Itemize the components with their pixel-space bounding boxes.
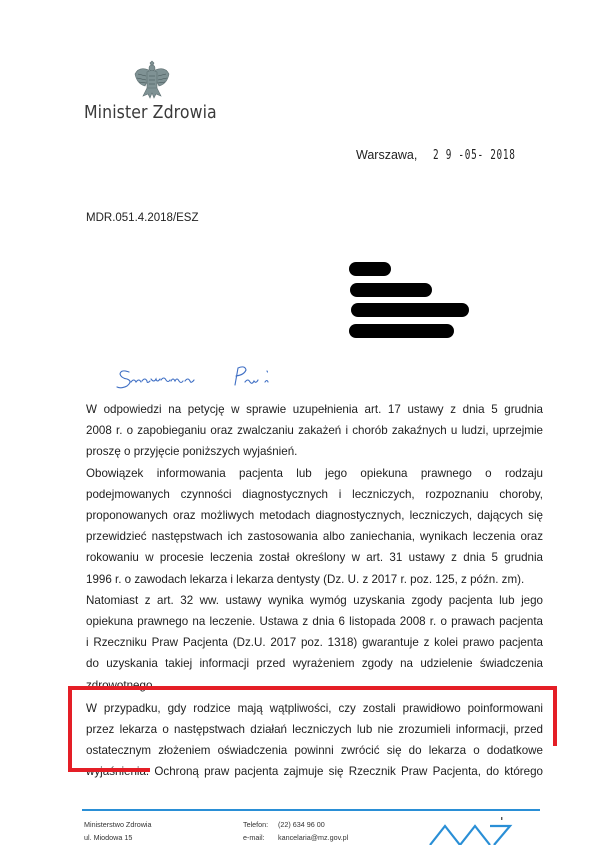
footer-phone-label: Telefon: xyxy=(243,818,268,831)
body-line: przewidzieć następstwach ich zastosowani… xyxy=(86,526,543,547)
highlighted-body-line: wyjaśnienia. Ochroną praw pacjenta zajmu… xyxy=(86,761,543,782)
footer-divider xyxy=(82,809,540,811)
mz-logo-icon xyxy=(428,812,533,845)
body-line: 1996 r. o zawodach lekarza i lekarza den… xyxy=(86,569,543,590)
header-title: Minister Zdrowia xyxy=(84,103,217,123)
footer-org: Ministerstwo Zdrowia xyxy=(84,818,152,831)
body-line: rokowaniu w procesie leczenia został okr… xyxy=(86,547,543,568)
body-line: podejmowanych czynności diagnostycznych … xyxy=(86,484,543,505)
handwritten-salutation: Szanowna Pani xyxy=(115,363,295,393)
dateline-place: Warszawa, xyxy=(356,148,417,162)
body-line: do uzyskania takiej informacji przed wyr… xyxy=(86,653,543,674)
polish-eagle-emblem-icon xyxy=(133,60,171,102)
body-line: opiekuna prawnego na leczenie. Ustawa z … xyxy=(86,611,543,632)
body-line: proponowanych oraz możliwych metodach di… xyxy=(86,505,543,526)
footer-phone: (22) 634 96 00 xyxy=(278,818,325,831)
redaction-bar xyxy=(349,324,454,338)
footer-email-label: e-mail: xyxy=(243,831,265,844)
highlighted-body-line: W przypadku, gdy rodzice mają wątpliwośc… xyxy=(86,698,543,719)
highlighted-body-line: przez lekarza o następstwach działań lec… xyxy=(86,719,543,740)
body-line: Obowiązek informowania pacjenta lub jego… xyxy=(86,463,543,484)
letter-body: W odpowiedzi na petycję w sprawie uzupeł… xyxy=(86,399,543,783)
redaction-bar xyxy=(349,262,391,276)
highlight-frame-left xyxy=(68,686,72,772)
footer-address: ul. Miodowa 15 xyxy=(84,831,132,844)
redaction-bar xyxy=(351,303,469,317)
highlighted-body-line: ostatecznym złożeniem oświadczenia powin… xyxy=(86,740,543,761)
highlight-frame-bottom xyxy=(68,768,150,772)
body-line: 2008 r. o zapobieganiu oraz zwalczaniu z… xyxy=(86,420,543,441)
highlight-frame-top xyxy=(68,686,557,690)
body-line: Natomiast z art. 32 ww. ustawy wynika wy… xyxy=(86,590,543,611)
body-line: W odpowiedzi na petycję w sprawie uzupeł… xyxy=(86,399,543,420)
body-line: proszę o przyjęcie poniższych wyjaśnień. xyxy=(86,441,543,462)
footer-email[interactable]: kancelaria@mz.gov.pl xyxy=(278,831,348,844)
redaction-bar xyxy=(350,283,432,297)
body-line: i Rzeczniku Praw Pacjenta (Dz.U. 2017 po… xyxy=(86,632,543,653)
reference-number: MDR.051.4.2018/ESZ xyxy=(86,212,199,224)
highlight-frame-right xyxy=(553,686,557,746)
dateline-date: 2 9 -05- 2018 xyxy=(433,148,516,163)
